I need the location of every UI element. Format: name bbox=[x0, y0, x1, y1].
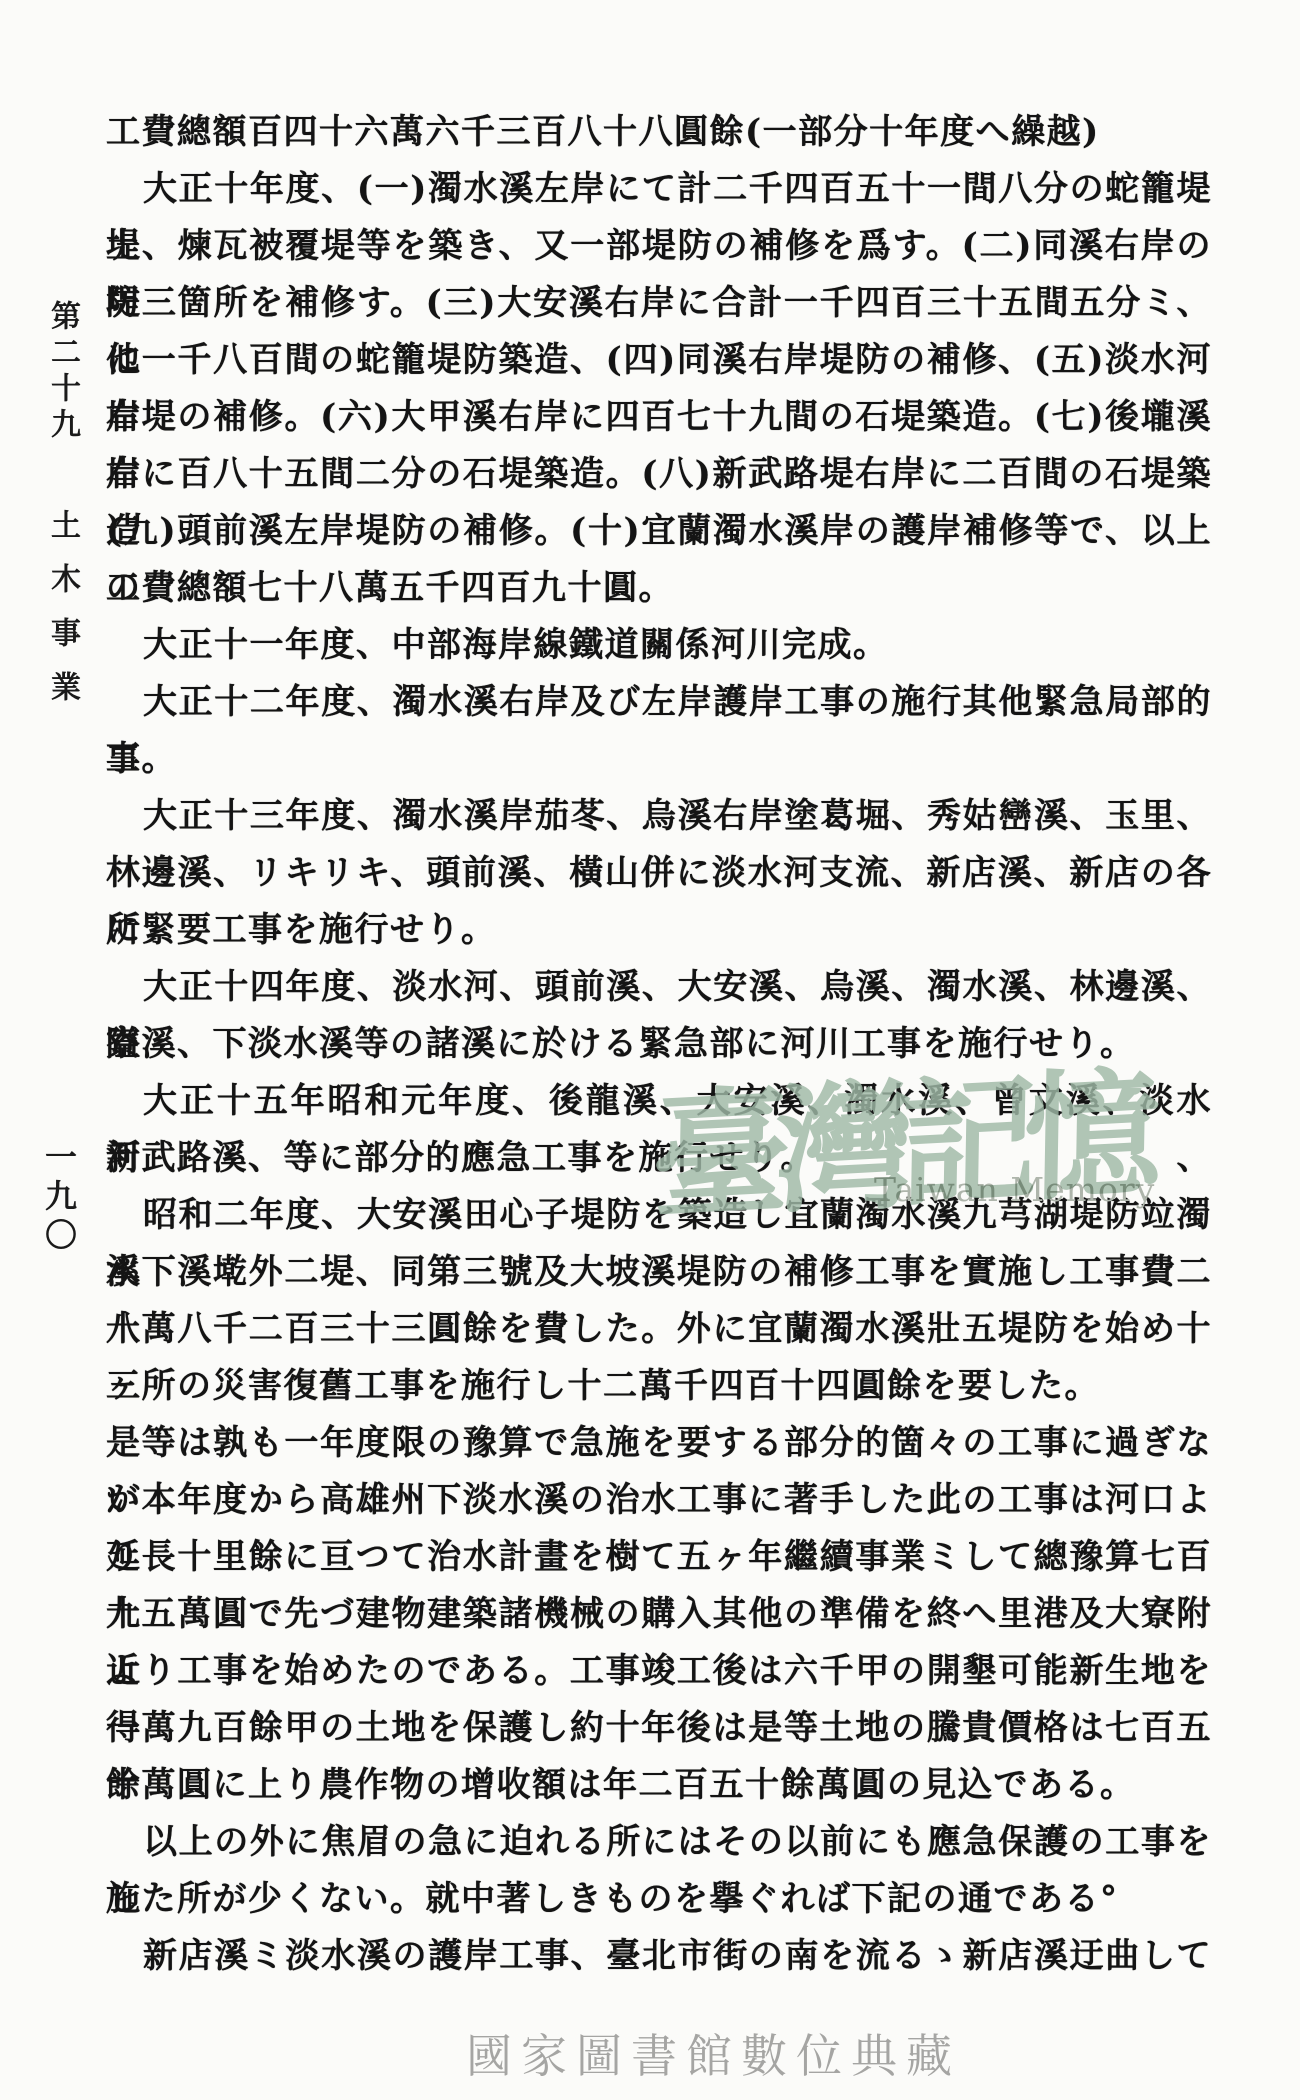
text-block: 工費總額百四十六萬六千三百八十八圓餘(一部分十年度へ繰越)大正十年度、(一)濁水… bbox=[106, 104, 1212, 1985]
text-line: 堤、煉瓦被覆堤等を築き、又一部堤防の補修を爲す。(二)同溪右岸の堤 bbox=[106, 218, 1212, 275]
text-line: 八萬八千二百三十三圓餘を費した。外に宜蘭濁水溪壯五堤防を始め十三 bbox=[106, 1301, 1212, 1358]
text-line: 以上の外に焦眉の急に迫れる所にはその以前にも應急保護の工事を施 bbox=[106, 1814, 1212, 1871]
text-line: 工費總額七十八萬五千四百九十圓。 bbox=[106, 560, 1212, 617]
text-line: 大正十三年度、濁水溪岸茄苳、烏溪右岸塗葛堀、秀姑巒溪、玉里、 bbox=[106, 788, 1212, 845]
text-line: が本年度から高雄州下淡水溪の治水工事に著手した此の工事は河口より bbox=[106, 1472, 1212, 1529]
text-line: に一千八百間の蛇籠堤防築造、(四)同溪右岸堤防の補修、(五)淡水河右 bbox=[106, 332, 1212, 389]
text-line: 昭和二年度、大安溪田心子堤防を築造し宜蘭濁水溪九芎湖堤防竝濁水 bbox=[106, 1187, 1212, 1244]
text-line: ヶ所の災害復舊工事を施行し十二萬千四百十四圓餘を要した。 bbox=[106, 1358, 1212, 1415]
chapter-label: 第二十九 bbox=[45, 300, 80, 444]
text-line: 餘萬圓に上り農作物の增收額は年二百五十餘萬圓の見込である。 bbox=[106, 1757, 1212, 1814]
page-number: 一九〇 bbox=[36, 1140, 82, 1257]
text-line: 溪下溪墘外二堤、同第三號及大坡溪堤防の補修工事を實施し工事費二十 bbox=[106, 1244, 1212, 1301]
text-line: 寮溪、下淡水溪等の諸溪に於ける緊急部に河川工事を施行せり。 bbox=[106, 1016, 1212, 1073]
chapter-marginalia: 第二十九 土木事業 bbox=[40, 300, 84, 725]
text-line: 大正十四年度、淡水河、頭前溪、大安溪、烏溪、濁水溪、林邊溪、隘 bbox=[106, 959, 1212, 1016]
text-line: した所が少くない。就中著しきものを擧ぐれば下記の通である° bbox=[106, 1871, 1212, 1928]
text-line: 事。 bbox=[106, 731, 1212, 788]
section-label: 土木事業 bbox=[45, 509, 80, 725]
text-line: 工費總額百四十六萬六千三百八十八圓餘(一部分十年度へ繰越) bbox=[106, 104, 1212, 161]
text-line: 大正十二年度、濁水溪右岸及び左岸護岸工事の施行其他緊急局部的工 bbox=[106, 674, 1212, 731]
text-line: 是等は孰も一年度限の豫算で急施を要する部分的箇々の工事に過ぎない bbox=[106, 1415, 1212, 1472]
text-line: より工事を始めたのである。工事竣工後は六千甲の開墾可能新生地を得 bbox=[106, 1643, 1212, 1700]
text-line: 岸堤の補修。(六)大甲溪右岸に四百七十九間の石堤築造。(七)後壠溪右 bbox=[106, 389, 1212, 446]
footer-credit: 國家圖書館數位典藏 bbox=[466, 2020, 961, 2086]
text-line: 一萬九百餘甲の土地を保護し約十年後は是等土地の騰貴價格は七百五十 bbox=[106, 1700, 1212, 1757]
text-line: 防三箇所を補修す。(三)大安溪右岸に合計一千四百三十五間五分ミ、他 bbox=[106, 275, 1212, 332]
text-line: 大正十年度、(一)濁水溪左岸にて計二千四百五十一間八分の蛇籠堤土 bbox=[106, 161, 1212, 218]
text-line: 岸に百八十五間二分の石堤築造。(八)新武路堤右岸に二百間の石堤築造 bbox=[106, 446, 1212, 503]
text-line: 延長十里餘に亘つて治水計畫を樹て五ヶ年繼續事業ミして總豫算七百九 bbox=[106, 1529, 1212, 1586]
text-line: 林邊溪、リキリキ、頭前溪、橫山併に淡水河支流、新店溪、新店の各所 bbox=[106, 845, 1212, 902]
text-line: 十五萬圓で先づ建物建築諸機械の購入其他の準備を終へ里港及大寮附近 bbox=[106, 1586, 1212, 1643]
text-line: 大正十五年昭和元年度、後龍溪、大安溪、濁水溪、曾文溪、淡水河、 bbox=[106, 1073, 1212, 1130]
text-line: (九)頭前溪左岸堤防の補修。(十)宜蘭濁水溪岸の護岸補修等で、以上の bbox=[106, 503, 1212, 560]
text-line: 新店溪ミ淡水溪の護岸工事、臺北市街の南を流るゝ新店溪迂曲して bbox=[106, 1928, 1212, 1985]
text-line: 大正十一年度、中部海岸線鐵道關係河川完成。 bbox=[106, 617, 1212, 674]
text-line: に緊要工事を施行せり。 bbox=[106, 902, 1212, 959]
